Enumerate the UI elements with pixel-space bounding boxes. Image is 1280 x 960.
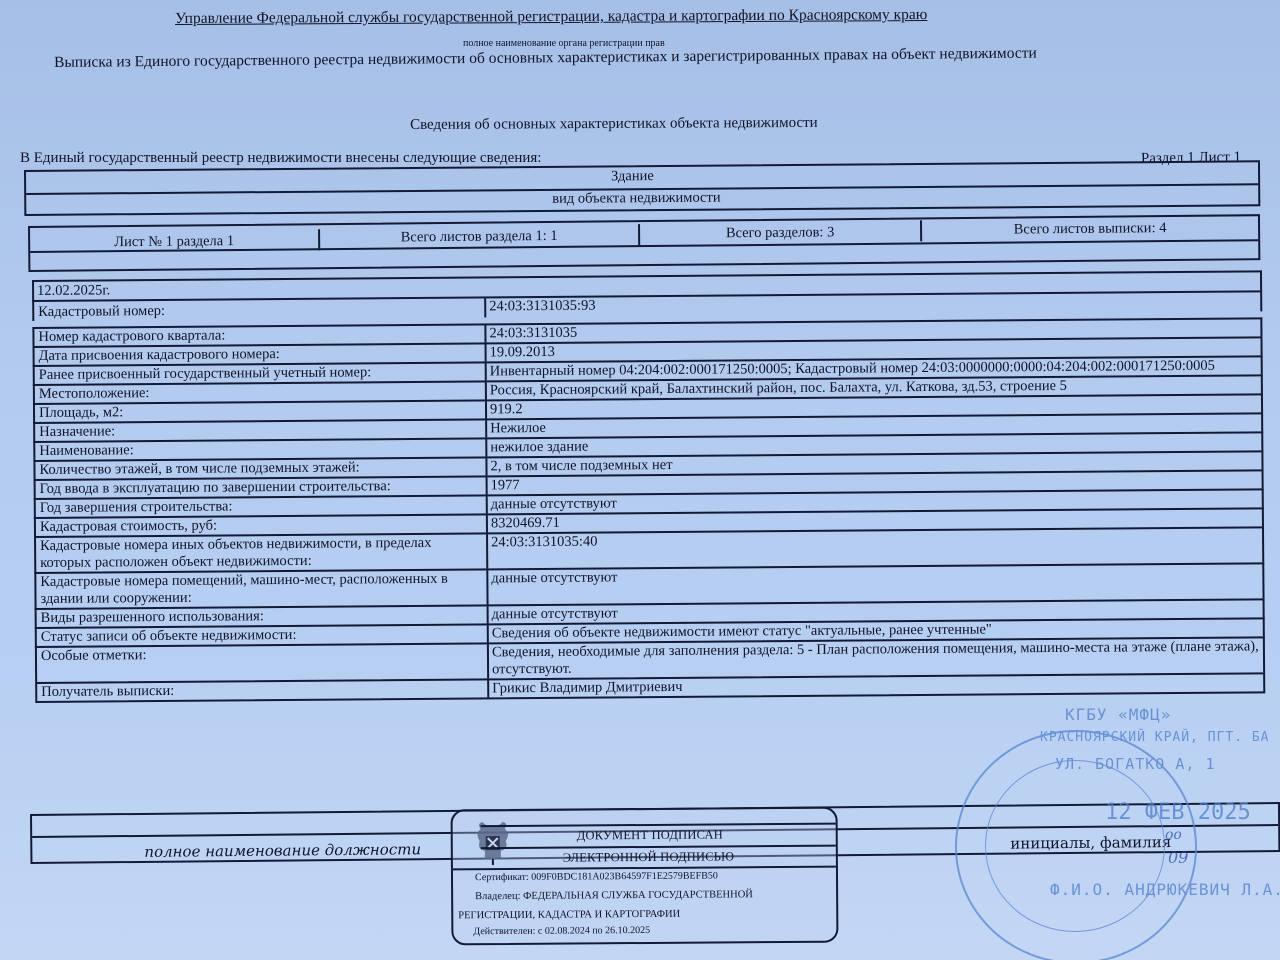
electronic-signature-stamp: ДОКУМЕНТ ПОДПИСАН ЭЛЕКТРОННОЙ ПОДПИСЬЮ С… [451,807,839,946]
row-label: Местоположение: [35,382,487,403]
row-label: Год ввода в эксплуатацию по завершении с… [36,477,488,498]
row-value: данные отсутствуют [488,564,1262,604]
extract-title: Выписка из Единого государственного реес… [54,45,1037,72]
certificate-number: Сертификат: 009F0BDC181A023B64597F1E2579… [475,870,718,883]
row-label: Кадастровые номера помещений, машино-мес… [36,570,488,608]
object-type-caption: вид объекта недвижимости [552,190,720,208]
row-value: Сведения, необходимые для заполнения раз… [489,638,1263,678]
row-label: Номер кадастрового квартала: [34,325,486,346]
row-value: Грикис Владимир Дмитриевич [489,674,1263,697]
divider [453,866,836,871]
registration-authority-caption: полное наименование органа регистрации п… [463,38,665,49]
row-label: Год завершения строительства: [36,496,488,517]
certificate-owner-line-2: РЕГИСТРАЦИИ, КАДАСТРА И КАРТОГРАФИИ [458,909,680,922]
total-sheets-extract: Всего листов выписки: 4 [922,216,1258,240]
esign-line-1: ДОКУМЕНТ ПОДПИСАН [577,827,723,843]
intro-text: В Единый государственный реестр недвижим… [20,150,541,167]
row-label: Наименование: [35,439,487,460]
stamp-line-3: УЛ. БОГАТКО А, 1 [1055,755,1216,773]
position-caption: полное наименование должности [144,840,421,861]
stamp-line-1: КГБУ «МФЦ» [1065,705,1171,724]
row-label: Получатель выписки: [37,680,489,701]
sheet-meta-box: Лист № 1 раздела 1 Всего листов раздела … [28,214,1260,272]
section-heading: Сведения об основных характеристиках объ… [410,115,818,134]
certificate-owner-line-1: Владелец: ФЕДЕРАЛЬНАЯ СЛУЖБА ГОСУДАРСТВЕ… [475,889,753,902]
stamp-line-2: КРАСНОЯРСКИЙ КРАЙ, ПГТ. БА [1040,730,1270,745]
property-details-table: 12.02.2025г. Кадастровый номер: 24:03:31… [32,270,1265,703]
row-label: Назначение: [35,420,487,441]
divider [481,823,836,827]
row-label: Площадь, м2: [35,401,487,422]
esign-line-2: ЭЛЕКТРОННОЙ ПОДПИСЬЮ [563,849,734,865]
initials-caption: инициалы, фамилия [1010,833,1171,853]
object-type-box: Здание вид объекта недвижимости [24,160,1260,216]
row-label: Статус записи об объекте недвижимости: [37,625,489,646]
registration-authority-title: Управление Федеральной службы государств… [175,6,927,28]
object-type-value: Здание [611,168,654,185]
row-label: Количество этажей, в том числе подземных… [35,458,487,479]
row-label: Виды разрешенного использования: [37,606,489,627]
divider [481,845,836,849]
stamp-fio: Ф.И.О. АНДРЮКЕВИЧ Л.А. [1050,880,1280,899]
row-label: Кадастровая стоимость, руб: [36,515,488,536]
row-value: 24:03:3131035:93 [486,292,1260,317]
row-label: Кадастровые номера иных объектов недвижи… [36,534,488,572]
total-sections: Всего разделов: 3 [640,220,922,244]
row-label: Дата присвоения кадастрового номера: [35,344,487,365]
row-label: Кадастровый номер: [34,298,486,321]
row-label: Ранее присвоенный государственный учетны… [35,363,487,384]
certificate-validity: Действителен: с 02.08.2024 по 26.10.2025 [473,925,650,937]
row-label: Особые отметки: [37,644,489,682]
row-value: 24:03:3131035:40 [488,528,1262,568]
